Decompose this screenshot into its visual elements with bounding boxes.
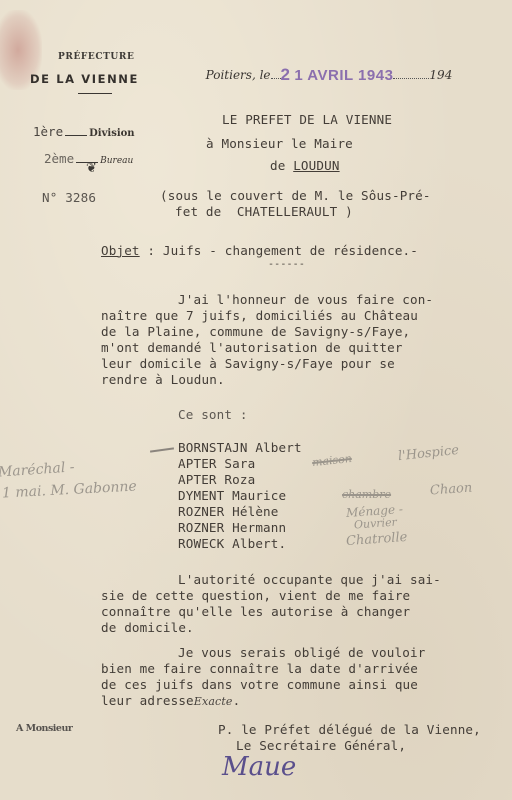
- bureau-label: Bureau: [100, 156, 133, 166]
- corner-stamp: A Monsieur: [16, 723, 72, 734]
- list-item: DYMENT Maurice: [178, 488, 286, 503]
- para1-line: leur domicile à Savigny-s/Faye pour se: [101, 356, 395, 371]
- para1-line: m'ont demandé l'autorisation de quitter: [101, 340, 403, 355]
- para3-line: Je vous serais obligé de vouloir: [178, 645, 425, 660]
- dateline-year-suffix: 194: [429, 68, 452, 82]
- dateline: Poitiers, le2 1 AVRIL 1943194: [198, 50, 452, 84]
- list-item: BORNSTAJN Albert: [178, 440, 302, 455]
- reference-number: N° 3286: [42, 190, 96, 205]
- letterhead-department: DE LA VIENNE: [30, 72, 139, 86]
- recipient-line: à Monsieur le Maire: [206, 136, 353, 151]
- margin-note-left-2: 1 mai. M. Gabonne: [2, 478, 137, 501]
- date-stamp-day: 2: [281, 65, 291, 84]
- list-item: APTER Sara: [178, 456, 255, 471]
- para1-line: J'ai l'honneur de vous faire con-: [178, 292, 433, 307]
- margin-note-right-5: Chatrolle: [346, 530, 408, 549]
- list-intro: Ce sont :: [178, 407, 248, 422]
- para2-line: L'autorité occupante que j'ai sai-: [178, 572, 441, 587]
- margin-note-right-struck-2: chambre: [342, 488, 391, 501]
- para2-line: connaître qu'elle les autorise à changer: [101, 604, 410, 619]
- recipient-town: LOUDUN: [293, 158, 339, 173]
- margin-note-right-4: Ouvrier: [354, 516, 398, 532]
- via-line-1: (sous le couvert de M. le Sôus-Pré-: [160, 188, 431, 203]
- list-item: APTER Roza: [178, 472, 255, 487]
- dateline-place: Poitiers, le: [206, 68, 271, 82]
- para1-line: de la Plaine, commune de Savigny-s/Faye,: [101, 324, 410, 339]
- margin-note-right-2: Chaon: [430, 481, 473, 499]
- para3-line: de ces juifs dans votre commune ainsi qu…: [101, 677, 418, 692]
- bureau-line: 2èmeBureau: [36, 132, 133, 168]
- list-item: ROWECK Albert.: [178, 536, 286, 551]
- recipient-town-line: de LOUDUN: [270, 158, 340, 173]
- sender-title: LE PREFET DE LA VIENNE: [222, 112, 392, 127]
- subject-text: : Juifs - changement de résidence.-: [140, 243, 418, 258]
- signature: Maue: [222, 752, 296, 782]
- para3-line: bien me faire connaître la date d'arrivé…: [101, 661, 418, 676]
- signature-line-1: P. le Préfet délégué de la Vienne,: [218, 722, 481, 737]
- subject-label: Objet: [101, 243, 140, 258]
- para1-line: rendre à Loudun.: [101, 372, 225, 387]
- bureau-number: 2ème: [44, 151, 74, 166]
- signature-line-2: Le Secrétaire Général,: [236, 738, 406, 753]
- pencil-dash: [150, 447, 174, 452]
- ornament-icon: ❦: [86, 160, 97, 176]
- letterhead-rule: [78, 93, 112, 94]
- list-item: ROZNER Hermann: [178, 520, 286, 535]
- list-item: ROZNER Hélène: [178, 504, 279, 519]
- margin-note-right-1: l'Hospice: [397, 443, 459, 464]
- para2-line: sie de cette question, vient de me faire: [101, 588, 410, 603]
- handwritten-insert: Exacte: [194, 695, 233, 708]
- margin-note-right-struck: maison: [311, 452, 352, 469]
- margin-note-left-1: Maréchal -: [0, 459, 75, 480]
- via-line-2: fet de CHATELLERAULT ): [175, 204, 353, 219]
- date-stamp: 1 AVRIL 1943: [294, 67, 393, 84]
- letterhead-prefecture: PRÉFECTURE: [58, 52, 134, 62]
- para1-line: naître que 7 juifs, domiciliés au Châtea…: [101, 308, 418, 323]
- para2-line: de domicile.: [101, 620, 194, 635]
- subject-line: Objet : Juifs - changement de résidence.…: [101, 243, 418, 258]
- para3-last-line: leur adresseExacte.: [101, 693, 240, 708]
- subject-underline: ------: [268, 259, 305, 270]
